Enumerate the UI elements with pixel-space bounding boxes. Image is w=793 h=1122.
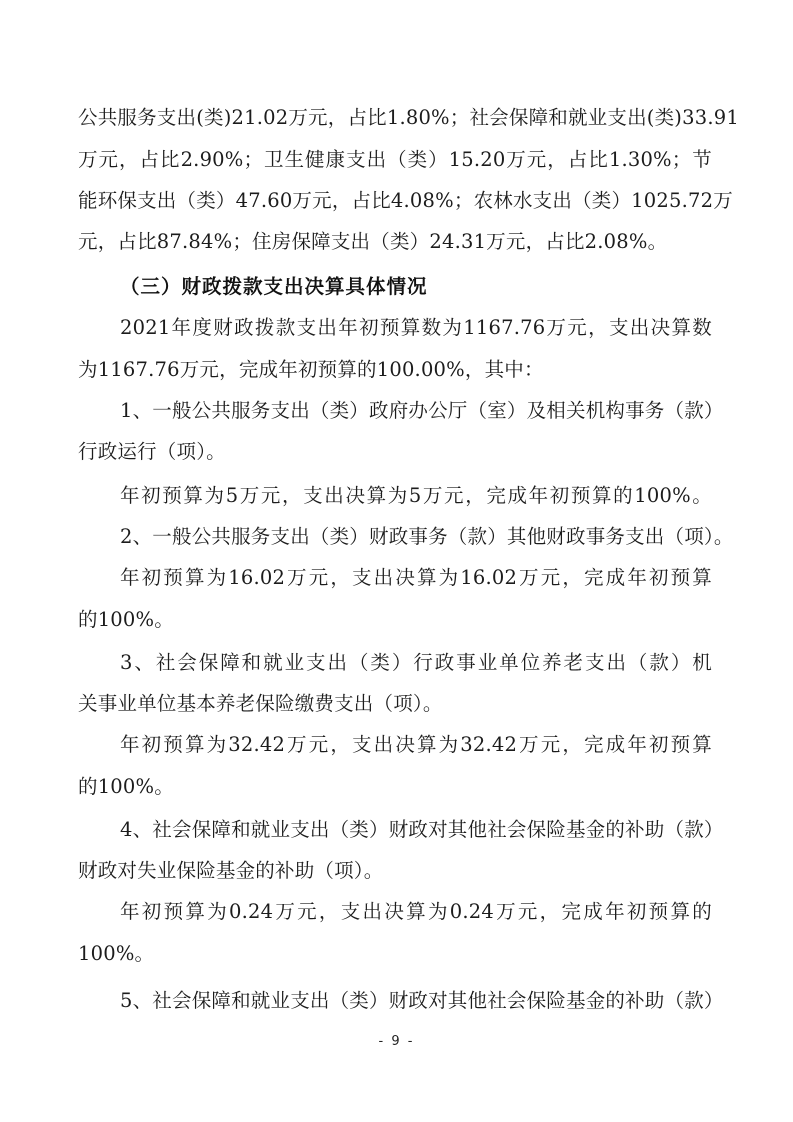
text-line: 1、一般公共服务支出（类）政府办公厅（室）及相关机构事务（款） [120, 396, 712, 426]
text-line: 万元，占比2.90%；卫生健康支出（类）15.20万元，占比1.30%；节 [78, 145, 712, 175]
text-line: 年初预算为0.24万元，支出决算为0.24万元，完成年初预算的 [120, 897, 712, 927]
text-line: 年初预算为32.42万元，支出决算为32.42万元，完成年初预算 [120, 730, 712, 760]
text-line: 的100%。 [78, 772, 712, 802]
text-line: 2021年度财政拨款支出年初预算数为1167.76万元，支出决算数 [120, 313, 712, 343]
text-line: 行政运行（项）。 [78, 437, 712, 467]
text-line: 年初预算为5万元，支出决算为5万元，完成年初预算的100%。 [120, 481, 712, 511]
text-line: 为1167.76万元，完成年初预算的100.00%，其中： [78, 355, 712, 385]
page-number: - 9 - [0, 1034, 793, 1049]
text-line: 的100%。 [78, 605, 712, 635]
section-heading: （三）财政拨款支出决算具体情况 [120, 272, 712, 302]
text-line: 能环保支出（类）47.60万元，占比4.08%；农林水支出（类）1025.72万 [78, 186, 712, 216]
text-line: 4、社会保障和就业支出（类）财政对其他社会保险基金的补助（款） [120, 815, 712, 845]
text-line: 5、社会保障和就业支出（类）财政对其他社会保险基金的补助（款） [120, 986, 712, 1016]
document-page: 公共服务支出(类)21.02万元，占比1.80%；社会保障和就业支出(类)33.… [0, 0, 793, 1122]
text-line: 3、社会保障和就业支出（类）行政事业单位养老支出（款）机 [120, 648, 712, 678]
text-line: 公共服务支出(类)21.02万元，占比1.80%；社会保障和就业支出(类)33.… [78, 103, 712, 133]
text-line: 财政对失业保险基金的补助（项）。 [78, 856, 712, 886]
text-line: 关事业单位基本养老保险缴费支出（项）。 [78, 689, 712, 719]
text-line: 元，占比87.84%；住房保障支出（类）24.31万元，占比2.08%。 [78, 227, 712, 257]
text-line: 100%。 [78, 939, 712, 969]
text-line: 2、一般公共服务支出（类）财政事务（款）其他财政事务支出（项）。 [120, 522, 712, 552]
text-line: 年初预算为16.02万元，支出决算为16.02万元，完成年初预算 [120, 563, 712, 593]
